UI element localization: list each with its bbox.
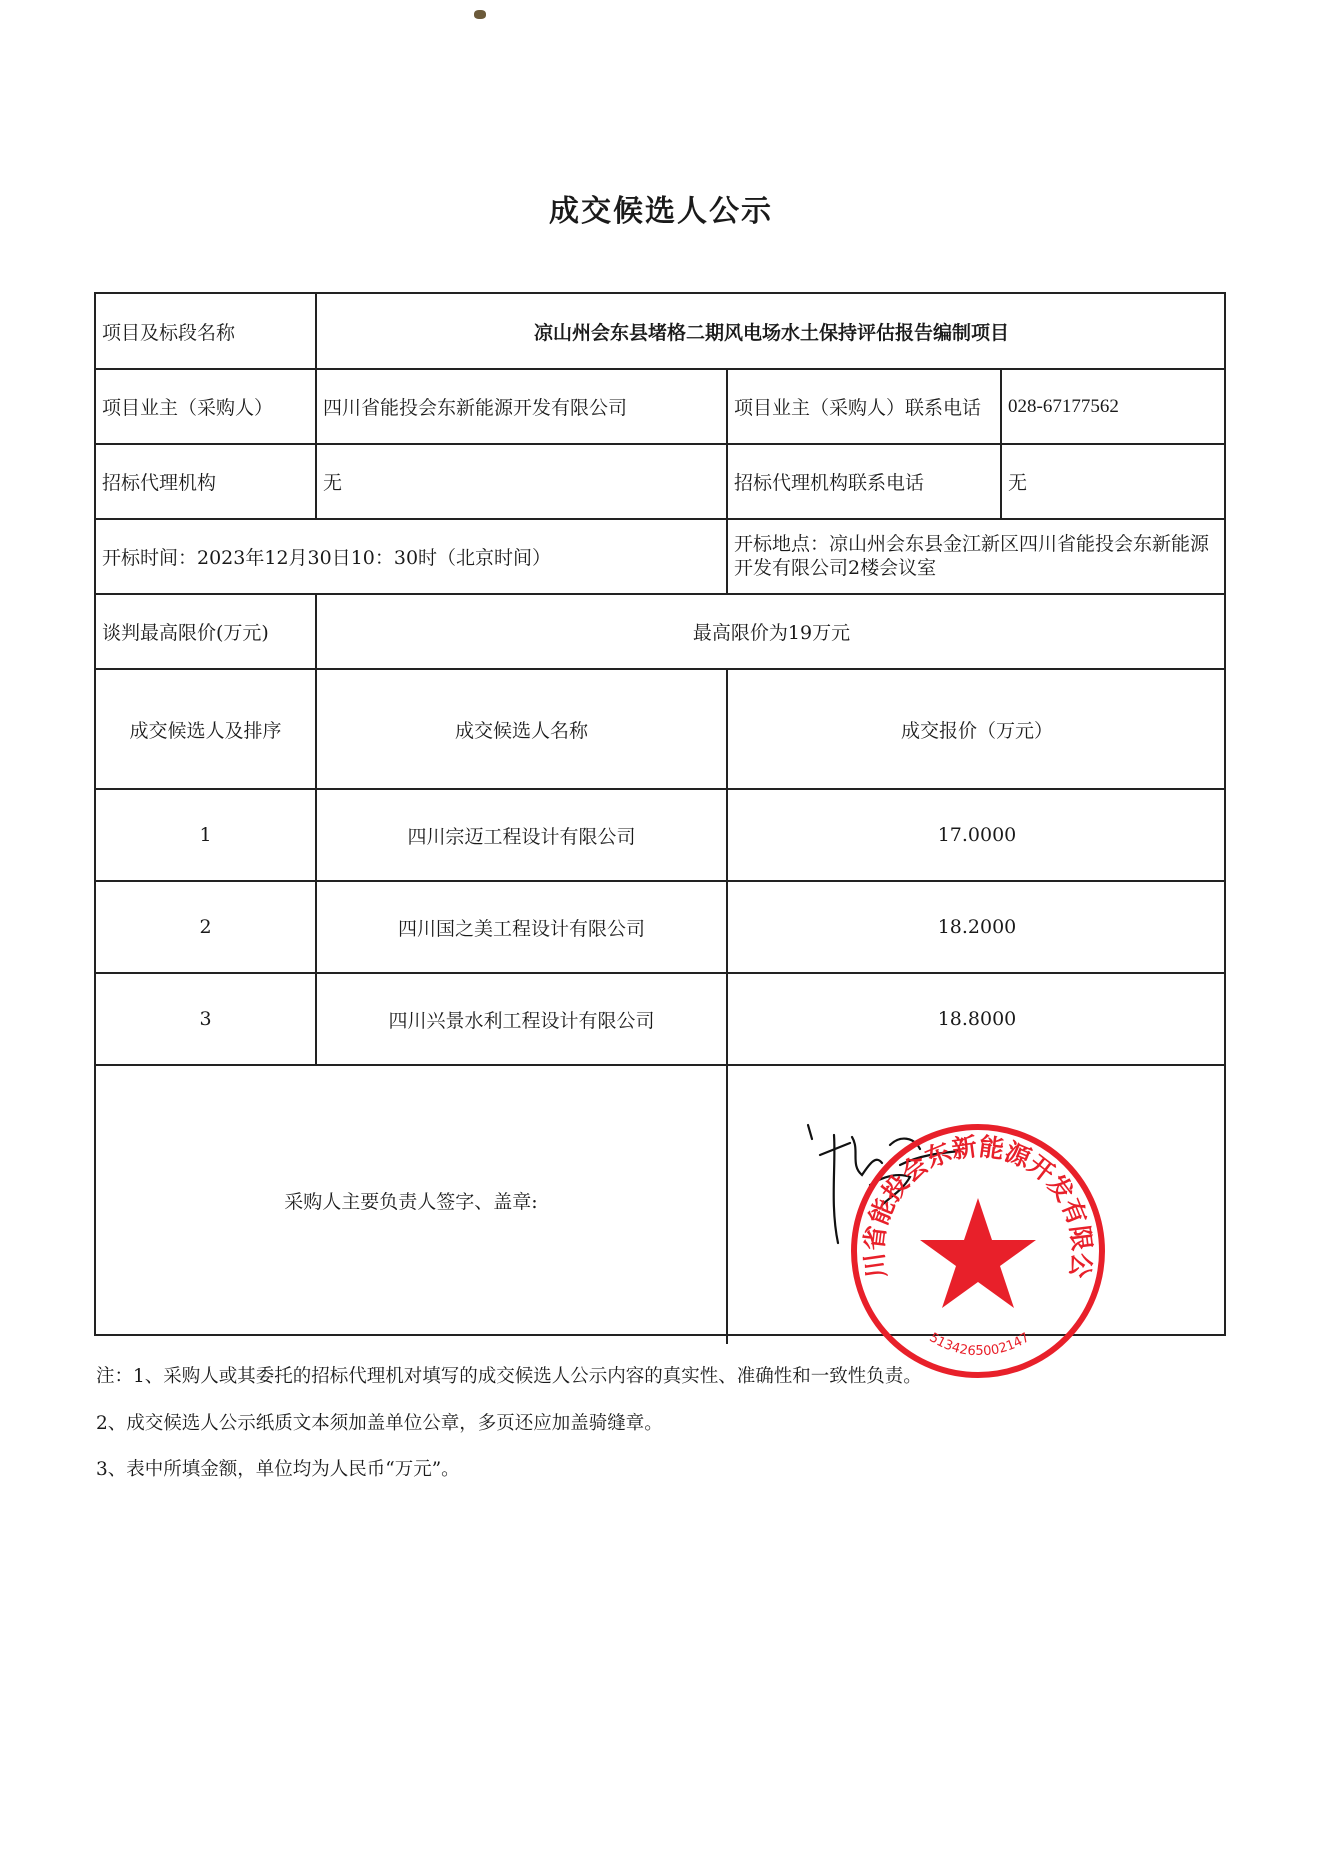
page-title: 成交候选人公示 xyxy=(0,186,1322,230)
header-price: 成交报价（万元） xyxy=(728,670,1226,788)
note-1: 注：1、采购人或其委托的招标代理机对填写的成交候选人公示内容的真实性、准确性和一… xyxy=(96,1362,922,1388)
candidate-rank: 1 xyxy=(96,790,315,880)
open-place: 开标地点：凉山州会东县金江新区四川省能投会东新能源开发有限公司2楼会议室 xyxy=(728,520,1226,593)
agency-phone-label: 招标代理机构联系电话 xyxy=(728,445,1000,518)
owner-label: 项目业主（采购人） xyxy=(96,370,315,443)
owner-value: 四川省能投会东新能源开发有限公司 xyxy=(317,370,726,443)
note-3: 3、表中所填金额，单位均为人民币“万元”。 xyxy=(96,1455,460,1481)
max-price-label: 谈判最高限价(万元) xyxy=(96,595,315,668)
candidate-rank: 3 xyxy=(96,974,315,1064)
owner-phone-label: 项目业主（采购人）联系电话 xyxy=(728,370,1000,443)
signature-label: 采购人主要负责人签字、盖章: xyxy=(96,1066,726,1334)
agency-phone-value: 无 xyxy=(1002,445,1226,518)
candidate-name: 四川国之美工程设计有限公司 xyxy=(317,882,726,972)
candidate-name: 四川宗迈工程设计有限公司 xyxy=(317,790,726,880)
candidate-price: 18.8000 xyxy=(728,974,1226,1064)
project-name: 凉山州会东县堵格二期风电场水土保持评估报告编制项目 xyxy=(317,294,1226,368)
paper-speck xyxy=(474,10,486,19)
announcement-table: 项目及标段名称 凉山州会东县堵格二期风电场水土保持评估报告编制项目 项目业主（采… xyxy=(94,292,1226,1336)
note-2: 2、成交候选人公示纸质文本须加盖单位公章，多页还应加盖骑缝章。 xyxy=(96,1409,663,1435)
candidate-price: 18.2000 xyxy=(728,882,1226,972)
agency-label: 招标代理机构 xyxy=(96,445,315,518)
max-price-value: 最高限价为19万元 xyxy=(317,595,1226,668)
project-label: 项目及标段名称 xyxy=(96,294,315,368)
open-time: 开标时间：2023年12月30日10：30时（北京时间） xyxy=(96,520,726,593)
owner-phone-value: 028-67177562 xyxy=(1002,370,1226,443)
header-name: 成交候选人名称 xyxy=(317,670,726,788)
candidate-name: 四川兴景水利工程设计有限公司 xyxy=(317,974,726,1064)
candidate-price: 17.0000 xyxy=(728,790,1226,880)
agency-value: 无 xyxy=(317,445,726,518)
candidate-rank: 2 xyxy=(96,882,315,972)
header-rank: 成交候选人及排序 xyxy=(96,670,315,788)
